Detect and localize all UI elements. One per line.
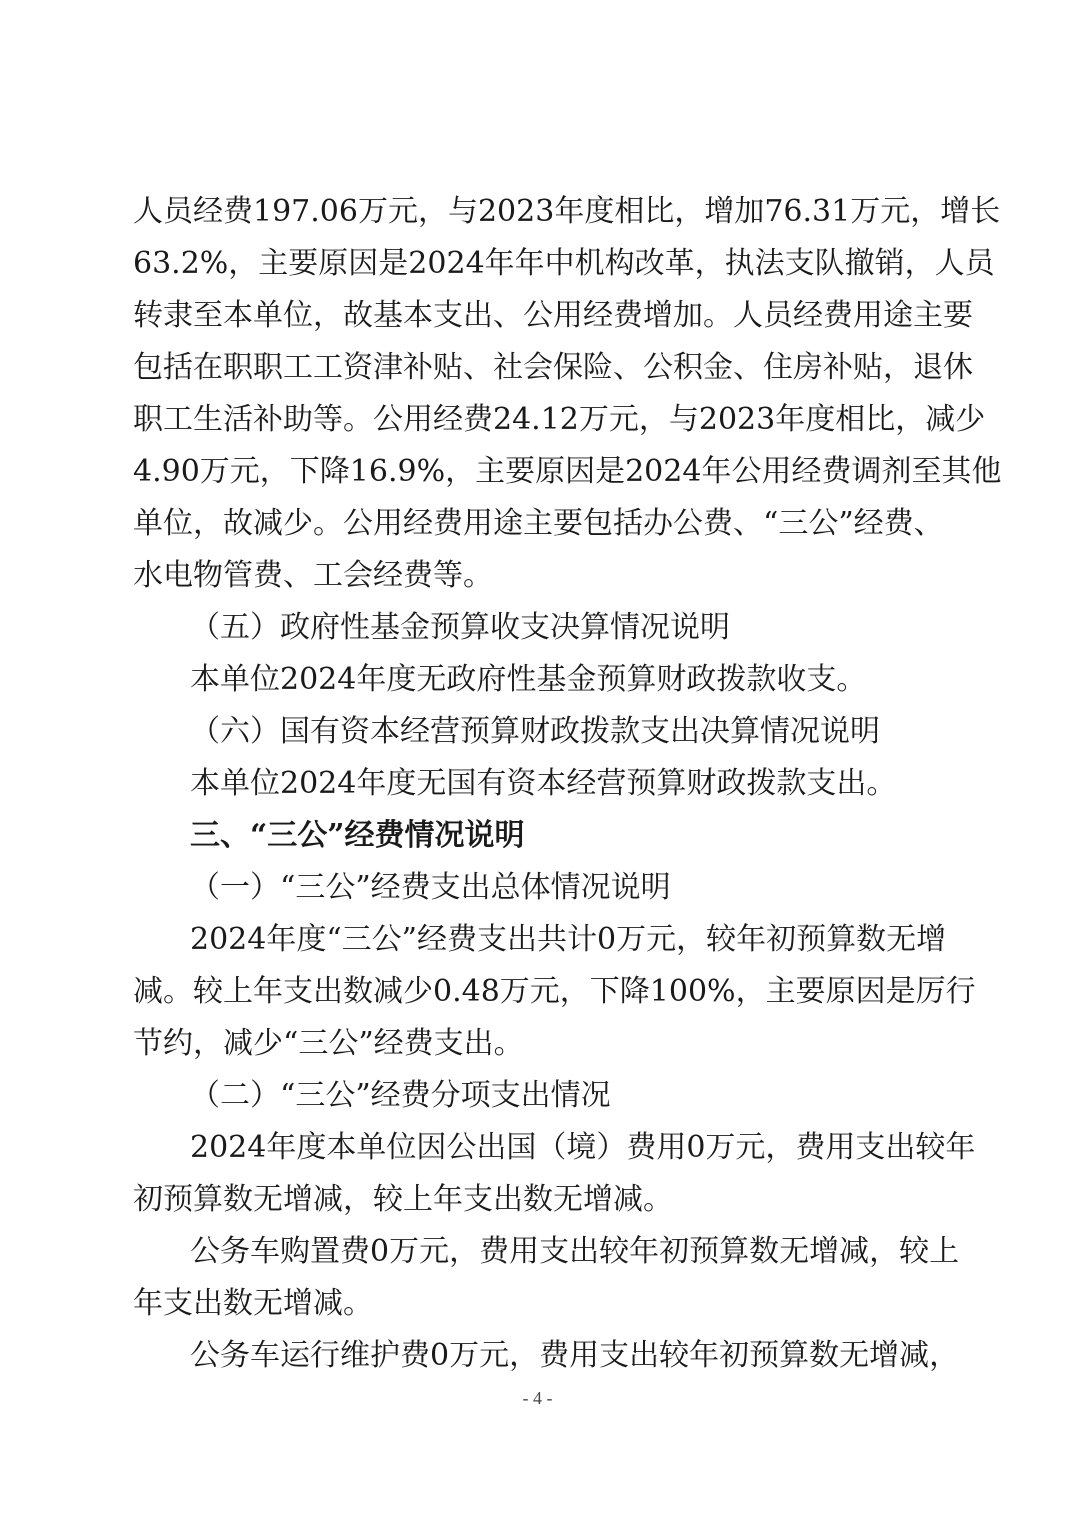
paragraph-line: 单位，故减少。公用经费用途主要包括办公费、“三公”经费、	[133, 504, 943, 544]
paragraph-line: 水电物管费、工会经费等。	[133, 556, 943, 596]
paragraph-line: 本单位2024年度无政府性基金预算财政拨款收支。	[190, 660, 943, 700]
paragraph-line: 2024年度“三公”经费支出共计0万元，较年初预算数无增	[190, 920, 943, 960]
chapter-heading-3: 三、“三公”经费情况说明	[190, 816, 943, 856]
paragraph-line: 初预算数无增减，较上年支出数无增减。	[133, 1180, 943, 1220]
paragraph-line: 减。较上年支出数减少0.48万元，下降100%，主要原因是厉行	[133, 972, 943, 1012]
section-heading-6: （六）国有资本经营预算财政拨款支出决算情况说明	[190, 712, 943, 752]
paragraph-line: 职工生活补助等。公用经费24.12万元，与2023年度相比，减少	[133, 400, 943, 440]
section-heading-2: （二）“三公”经费分项支出情况	[190, 1076, 943, 1116]
paragraph-line: 公务车购置费0万元，费用支出较年初预算数无增减，较上	[190, 1232, 943, 1272]
paragraph-line: 包括在职职工工资津补贴、社会保险、公积金、住房补贴，退休	[133, 348, 943, 388]
page-number: - 4 -	[0, 1388, 1075, 1409]
document-page: 人员经费197.06万元，与2023年度相比，增加76.31万元，增长 63.2…	[0, 0, 1075, 1520]
paragraph-line: 4.90万元，下降16.9%，主要原因是2024年公用经费调剂至其他	[133, 452, 943, 492]
paragraph-line: 2024年度本单位因公出国（境）费用0万元，费用支出较年	[190, 1128, 943, 1168]
section-heading-5: （五）政府性基金预算收支决算情况说明	[190, 608, 943, 648]
paragraph-line: 本单位2024年度无国有资本经营预算财政拨款支出。	[190, 764, 943, 804]
paragraph-line: 人员经费197.06万元，与2023年度相比，增加76.31万元，增长	[133, 192, 943, 232]
section-heading-1: （一）“三公”经费支出总体情况说明	[190, 868, 943, 908]
paragraph-line: 节约，减少“三公”经费支出。	[133, 1024, 943, 1064]
paragraph-line: 年支出数无增减。	[133, 1284, 943, 1324]
paragraph-line: 63.2%，主要原因是2024年年中机构改革，执法支队撤销，人员	[133, 244, 943, 284]
paragraph-line: 公务车运行维护费0万元，费用支出较年初预算数无增减，	[190, 1336, 943, 1376]
paragraph-line: 转隶至本单位，故基本支出、公用经费增加。人员经费用途主要	[133, 296, 943, 336]
